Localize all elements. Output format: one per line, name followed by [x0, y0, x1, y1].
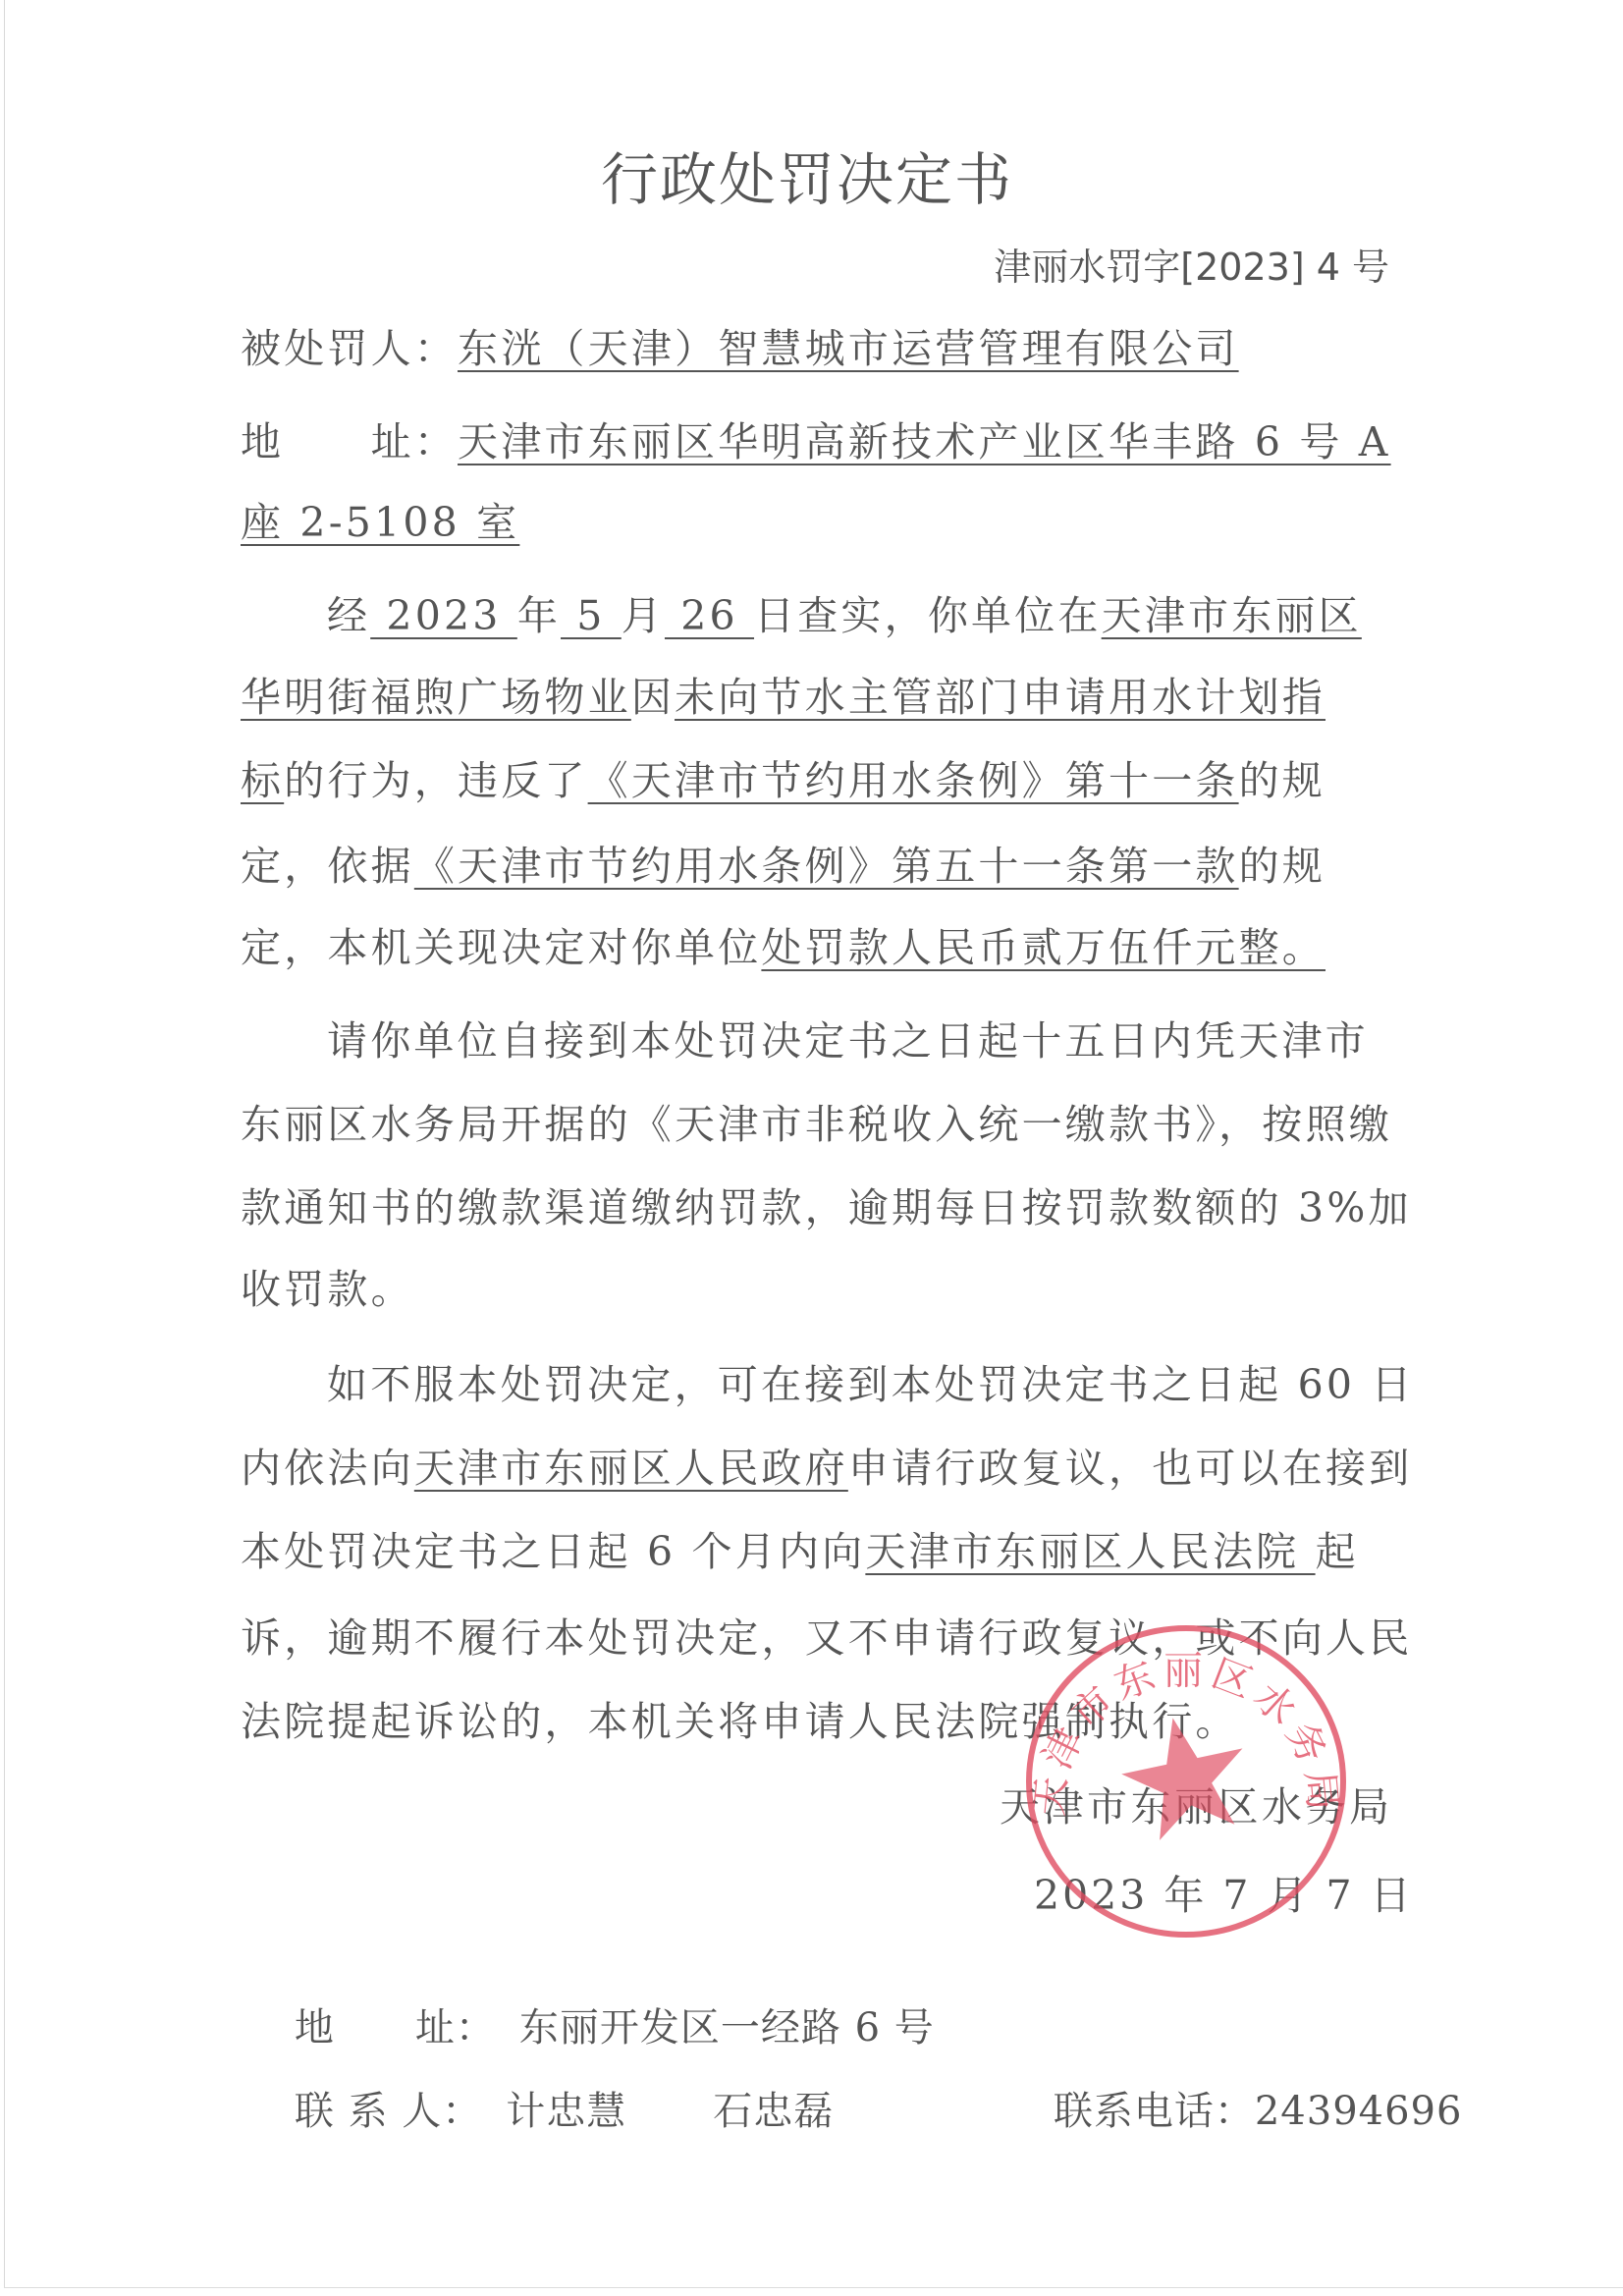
contact-person-2: 石忠磊 — [713, 2089, 834, 2134]
para1-l4-start: 定，依据 — [241, 843, 414, 890]
para1-l5-start: 定，本机关现决定对你单位 — [241, 924, 761, 971]
para3-line3: 本处罚决定书之日起 6 个月内向天津市东丽区人民法院 起 — [241, 1527, 1389, 1576]
day-unit: 日查实，你单位在 — [754, 592, 1102, 639]
penalized-party-line: 被处罚人：东洸（天津）智慧城市运营管理有限公司 — [241, 324, 1389, 373]
para3-line1: 如不服本处罚决定，可在接到本处罚决定书之日起 60 日 — [241, 1360, 1476, 1409]
para2-line2: 东丽区水务局开据的《天津市非税收入统一缴款书》，按照缴 — [241, 1100, 1389, 1149]
footer-contact-line: 联 系 人：计忠慧石忠磊 — [241, 2038, 834, 2185]
address-line-1: 地 址：天津市东丽区华明高新技术产业区华丰路 6 号 A — [241, 417, 1389, 466]
address-line-2: 座 2-5108 室 — [241, 498, 1389, 547]
para3-l3-end: 起 — [1316, 1528, 1359, 1575]
violation-location-2: 华明街福煦广场物业 — [241, 674, 631, 721]
para3-l2-start: 内依法向 — [241, 1445, 414, 1492]
address-value-1: 天津市东丽区华明高新技术产业区华丰路 6 号 A — [458, 418, 1391, 465]
penalty-basis-law: 《天津市节约用水条例》第五十一条第一款 — [414, 843, 1239, 890]
para1-line1: 经 2023 年 5 月 26 日查实，你单位在天津市东丽区 — [241, 591, 1476, 640]
para1-l3-mid: 的行为，违反了 — [284, 757, 587, 804]
penalized-party-label: 被处罚人： — [241, 325, 458, 372]
inspection-month: 5 — [561, 591, 622, 640]
issuing-organization: 天津市东丽区水务局 — [1000, 1782, 1393, 1831]
contact-person-1: 计忠慧 — [506, 2089, 626, 2134]
footer-phone: 联系电话：24394696 — [1000, 2038, 1462, 2185]
violated-law: 《天津市节约用水条例》第十一条 — [588, 757, 1239, 804]
document-page: 行政处罚决定书 津丽水罚字[2023] 4 号 被处罚人：东洸（天津）智慧城市运… — [0, 0, 1623, 2296]
para1-line2: 华明街福煦广场物业因未向节水主管部门申请用水计划指 — [241, 673, 1389, 722]
scan-edge-bottom — [4, 2287, 1623, 2288]
review-authority: 天津市东丽区人民政府 — [414, 1445, 848, 1492]
para3-line2: 内依法向天津市东丽区人民政府申请行政复议，也可以在接到 — [241, 1444, 1389, 1493]
scan-edge-left — [4, 0, 5, 2288]
violation-reason-2: 标 — [241, 757, 284, 804]
year-unit: 年 — [517, 592, 561, 639]
issue-date: 2023 年 7 月 7 日 — [1034, 1871, 1414, 1920]
footer-contact-label: 联 系 人： — [295, 2089, 482, 2134]
violation-location-1: 天津市东丽区 — [1102, 592, 1362, 639]
address-label: 地 址： — [241, 418, 458, 465]
inspection-year: 2023 — [370, 591, 517, 640]
para1-l4-end: 的规 — [1239, 843, 1325, 890]
address-value-2: 座 2-5108 室 — [241, 499, 519, 546]
penalty-amount: 处罚款人民币贰万伍仟元整。 — [761, 924, 1325, 971]
because-text: 因 — [631, 674, 675, 721]
para1-prefix: 经 — [327, 592, 370, 639]
para3-line5: 法院提起诉讼的，本机关将申请人民法院强制执行。 — [241, 1697, 1389, 1746]
para3-l2-end: 申请行政复议，也可以在接到 — [848, 1445, 1413, 1492]
penalized-party-value: 东洸（天津）智慧城市运营管理有限公司 — [458, 325, 1239, 372]
footer-phone-label: 联系电话： — [1054, 2089, 1255, 2134]
inspection-day: 26 — [665, 591, 754, 640]
para1-line5: 定，本机关现决定对你单位处罚款人民币贰万伍仟元整。 — [241, 923, 1389, 972]
para1-line4: 定，依据《天津市节约用水条例》第五十一条第一款的规 — [241, 842, 1389, 891]
para2-line4: 收罚款。 — [241, 1265, 1389, 1314]
para1-line3: 标的行为，违反了《天津市节约用水条例》第十一条的规 — [241, 756, 1389, 805]
para3-l3-start: 本处罚决定书之日起 6 个月内向 — [241, 1528, 865, 1575]
para2-line3: 款通知书的缴款渠道缴纳罚款，逾期每日按罚款数额的 3%加 — [241, 1183, 1389, 1232]
document-title: 行政处罚决定书 — [601, 145, 1013, 214]
violation-reason-1: 未向节水主管部门申请用水计划指 — [675, 674, 1325, 721]
litigation-court: 天津市东丽区人民法院 — [865, 1528, 1315, 1575]
para2-line1: 请你单位自接到本处罚决定书之日起十五日内凭天津市 — [241, 1016, 1476, 1066]
para3-line4: 诉，逾期不履行本处罚决定，又不申请行政复议，或不向人民 — [241, 1613, 1389, 1663]
document-number: 津丽水罚字[2023] 4 号 — [994, 244, 1389, 291]
footer-phone-value: 24394696 — [1255, 2089, 1463, 2134]
para1-l3-end: 的规 — [1239, 757, 1325, 804]
month-unit: 月 — [622, 592, 665, 639]
